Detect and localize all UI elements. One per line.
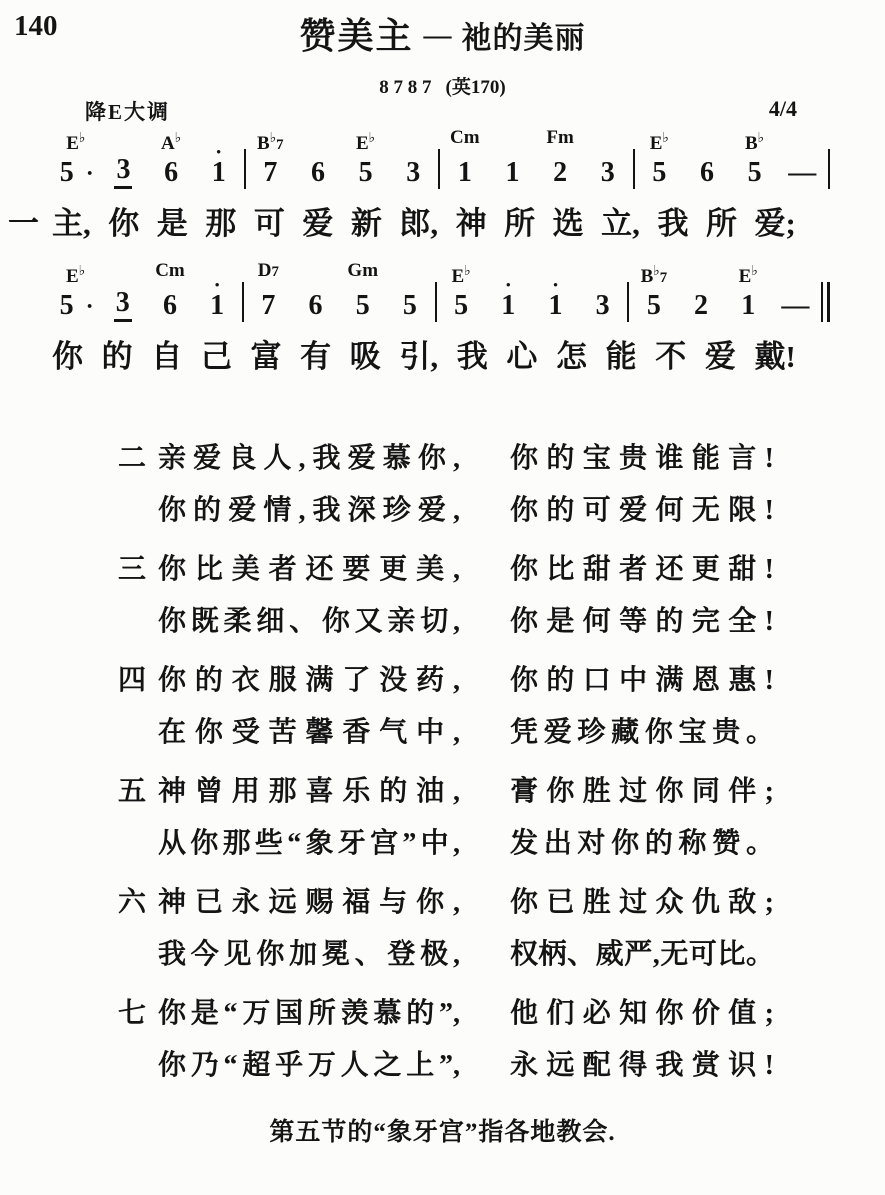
title-main: 赞美主 — [299, 16, 413, 56]
verse-line: 你比美者还要更美, — [158, 544, 460, 596]
verse-number: 二 — [118, 433, 150, 537]
verse-line: 在你受苦馨香气中, — [158, 707, 460, 759]
verse-line: 你比甜者还更甜! — [510, 544, 774, 596]
lyric-syllable: 所 — [504, 198, 535, 243]
verse-line: 我今见你加冕、登极, — [158, 929, 460, 981]
note-digit: 3 — [114, 153, 132, 189]
lyric-syllable: 主, — [52, 198, 91, 243]
hymn-title: 赞美主—祂的美丽 — [0, 8, 885, 59]
lyric-syllable: 立, — [601, 198, 640, 243]
measure: Cm11Fm23 — [441, 126, 632, 189]
music-systems: E♭5·3A♭6•1B♭776E♭53Cm11Fm23E♭56B♭5—一主,你是… — [52, 126, 830, 376]
note-cell: E♭5· — [52, 126, 100, 189]
flat-sign: ♭ — [751, 263, 757, 278]
staff-row: E♭5·3Cm6•1D776Gm55E♭5•1•13B♭752E♭1— — [52, 259, 830, 322]
lyric-syllable: 爱; — [754, 198, 795, 243]
lyric-syllable: 那 — [205, 198, 236, 243]
note-digit: 5 — [357, 153, 375, 189]
verse-line: 权柄、威严,无可比。 — [510, 929, 774, 981]
note-digit: 5· — [58, 153, 94, 189]
lyric-syllable: 爱 — [705, 331, 736, 376]
lyric-syllable: 有 — [300, 331, 331, 376]
lyric-syllable: 我 — [457, 331, 488, 376]
note-digit: 3 — [404, 153, 422, 189]
verse-line: 神已永远赐福与你, — [158, 877, 460, 929]
note-digit: 5 — [452, 286, 470, 322]
chord-label: Cm — [450, 126, 480, 153]
note-cell: — — [772, 259, 819, 322]
verse-right-column: 你比甜者还更甜!你是何等的完全! — [510, 544, 774, 648]
measure: D776Gm55 — [245, 259, 434, 322]
verse-right-column: 他们必知你价值;永远配得我赏识! — [510, 988, 774, 1092]
lyric-syllable: 富 — [251, 331, 282, 376]
verse-number: 一 — [8, 198, 39, 243]
note-digit: 6 — [698, 153, 716, 189]
barline — [438, 149, 440, 189]
note-cell: E♭5· — [52, 259, 99, 322]
note-digit: •1 — [546, 286, 564, 322]
verse-block: 五神曾用那喜乐的油,从你那些“象牙宫”中,膏你胜过你同伴;发出对你的称赞。 — [118, 766, 774, 870]
footnote: 第五节的“象牙宫”指各地教会. — [0, 1112, 885, 1148]
octave-dot: • — [215, 278, 220, 291]
note-digit: 7 — [259, 286, 277, 322]
verse-left-column: 神已永远赐福与你,我今见你加冕、登极, — [158, 877, 460, 981]
note-cell: 5 — [386, 259, 433, 322]
measure: E♭56B♭5— — [636, 126, 827, 189]
note-cell: Fm2 — [536, 126, 584, 189]
octave-dot: • — [216, 145, 221, 158]
time-signature: 4/4 — [769, 96, 797, 122]
verse-block: 三你比美者还要更美,你既柔细、你又亲切,你比甜者还更甜!你是何等的完全! — [118, 544, 774, 648]
verse-line: 你既柔细、你又亲切, — [158, 596, 460, 648]
note-digit: 1 — [456, 153, 474, 189]
lyric-syllable: 爱 — [302, 198, 333, 243]
verse-number: 五 — [118, 766, 150, 870]
note-cell: B♭77 — [247, 126, 295, 189]
verse-line: 你的可爱何无限! — [510, 485, 774, 537]
chord-label: E♭ — [66, 126, 85, 153]
note-cell: E♭5 — [438, 259, 485, 322]
barline — [627, 282, 629, 322]
verse-line: 神曾用那喜乐的油, — [158, 766, 460, 818]
verse-left-column: 你的衣服满了没药,在你受苦馨香气中, — [158, 655, 460, 759]
note-cell: B♭75 — [630, 259, 677, 322]
chord-label: D7 — [258, 259, 279, 286]
note-digit: 5 — [650, 153, 668, 189]
staff-row: E♭5·3A♭6•1B♭776E♭53Cm11Fm23E♭56B♭5— — [52, 126, 830, 189]
meter-row: 8 7 8 7(英170) — [0, 72, 885, 99]
lyric-syllable: 你 — [52, 331, 83, 376]
note-cell: 1 — [489, 126, 537, 189]
note-cell: Cm1 — [441, 126, 489, 189]
verse-number: 三 — [118, 544, 150, 648]
note-cell: •1 — [532, 259, 579, 322]
lyric-syllable: 吸 — [350, 331, 381, 376]
note-cell: 3 — [389, 126, 437, 189]
lyric-syllable: 心 — [506, 331, 537, 376]
note-cell: 6 — [683, 126, 731, 189]
note-digit: •1 — [210, 153, 228, 189]
chord-label: Fm — [546, 126, 573, 153]
chord-label: B♭7 — [641, 259, 668, 286]
note-digit: 1 — [739, 286, 757, 322]
lyric-syllable: 戴! — [755, 331, 796, 376]
note-cell: •1 — [485, 259, 532, 322]
chord-label: E♭ — [739, 259, 758, 286]
verse-line: 你乃“超乎万人之上”, — [158, 1040, 460, 1092]
barline — [435, 282, 437, 322]
lyric-syllable: 怎 — [556, 331, 587, 376]
note-digit: 2 — [692, 286, 710, 322]
verse-left-column: 神曾用那喜乐的油,从你那些“象牙宫”中, — [158, 766, 460, 870]
chord-label: E♭ — [66, 259, 85, 286]
lyric-row: 你的自己富有吸引,我心怎能不爱戴! — [52, 331, 796, 376]
title-subtitle: 祂的美丽 — [462, 22, 586, 55]
verse-line: 你的爱情,我深珍爱, — [158, 485, 460, 537]
title-dash: — — [424, 20, 452, 51]
verse-line: 凭爱珍藏你宝贵。 — [510, 707, 774, 759]
verse-line: 他们必知你价值; — [510, 988, 774, 1040]
verse-line: 膏你胜过你同伴; — [510, 766, 774, 818]
note-digit: 3 — [594, 286, 612, 322]
flat-sign: ♭ — [79, 130, 85, 145]
note-cell: 3 — [100, 126, 148, 189]
note-cell: 6 — [294, 126, 342, 189]
chord-label: Cm — [155, 259, 185, 286]
verse-line: 亲爱良人,我爱慕你, — [158, 433, 460, 485]
note-cell: D77 — [245, 259, 292, 322]
note-cell: A♭6 — [147, 126, 195, 189]
verse-left-column: 你是“万国所羡慕的”,你乃“超乎万人之上”, — [158, 988, 460, 1092]
verse-left-column: 亲爱良人,我爱慕你,你的爱情,我深珍爱, — [158, 433, 460, 537]
lyric-syllable: 所 — [706, 198, 737, 243]
duration-dot: · — [86, 159, 94, 189]
verse-number: 七 — [118, 988, 150, 1092]
chord-label: E♭ — [356, 126, 375, 153]
note-dash: — — [786, 153, 818, 189]
verse-number: 六 — [118, 877, 150, 981]
lyric-syllable: 不 — [655, 331, 686, 376]
lyric-syllable: 选 — [553, 198, 584, 243]
verse-line: 发出对你的称赞。 — [510, 818, 774, 870]
duration-dot: · — [86, 292, 94, 322]
flat-sign: ♭ — [79, 263, 85, 278]
verse-block: 七你是“万国所羡慕的”,你乃“超乎万人之上”,他们必知你价值;永远配得我赏识! — [118, 988, 774, 1092]
flat-sign: ♭ — [369, 130, 375, 145]
verse-right-column: 你的口中满恩惠!凭爱珍藏你宝贵。 — [510, 655, 774, 759]
chord-label: B♭ — [745, 126, 764, 153]
lyric-syllable: 可 — [254, 198, 285, 243]
lyric-row: 一主,你是那可爱新郎,神所选立,我所爱; — [52, 198, 796, 243]
note-cell: E♭5 — [342, 126, 390, 189]
verse-line: 你的衣服满了没药, — [158, 655, 460, 707]
chord-label: E♭ — [452, 259, 471, 286]
note-digit: 3 — [599, 153, 617, 189]
verse-block: 二亲爱良人,我爱慕你,你的爱情,我深珍爱,你的宝贵谁能言!你的可爱何无限! — [118, 433, 774, 537]
chord-label: E♭ — [650, 126, 669, 153]
lyric-syllable: 的 — [102, 331, 133, 376]
note-cell: E♭5 — [636, 126, 684, 189]
note-cell: Gm5 — [339, 259, 386, 322]
verse-line: 你的口中满恩惠! — [510, 655, 774, 707]
chord-label: A♭ — [161, 126, 181, 153]
note-cell: 3 — [99, 259, 146, 322]
note-digit: 2 — [551, 153, 569, 189]
lyric-syllable: 神 — [456, 198, 487, 243]
note-cell: •1 — [195, 126, 243, 189]
note-cell: 6 — [292, 259, 339, 322]
note-digit: 5 — [401, 286, 419, 322]
measure: E♭5·3Cm6•1 — [52, 259, 241, 322]
verse-block: 六神已永远赐福与你,我今见你加冕、登极,你已胜过众仇敌;权柄、威严,无可比。 — [118, 877, 774, 981]
lyric-syllable: 我 — [657, 198, 688, 243]
flat-sign: ♭ — [758, 130, 764, 145]
music-system: E♭5·3Cm6•1D776Gm55E♭5•1•13B♭752E♭1—你的自己富… — [52, 259, 830, 376]
note-cell: B♭5 — [731, 126, 779, 189]
note-digit: 5· — [58, 286, 94, 322]
note-digit: 6 — [161, 286, 179, 322]
lyric-syllable: 郎, — [399, 198, 438, 243]
barline — [633, 149, 635, 189]
note-cell: 3 — [579, 259, 626, 322]
note-digit: 6 — [162, 153, 180, 189]
note-cell: 2 — [677, 259, 724, 322]
chord-label: Gm — [347, 259, 378, 286]
meter: 8 7 8 7 — [379, 77, 431, 98]
note-digit: •1 — [208, 286, 226, 322]
note-digit: •1 — [499, 286, 517, 322]
hymn-page: 140 赞美主—祂的美丽 8 7 8 7(英170) 降E大调 4/4 E♭5·… — [0, 0, 885, 1195]
verse-right-column: 膏你胜过你同伴;发出对你的称赞。 — [510, 766, 774, 870]
lyric-syllable: 引, — [399, 331, 438, 376]
lyric-syllable: 新 — [351, 198, 382, 243]
note-digit: 1 — [503, 153, 521, 189]
note-cell: E♭1 — [725, 259, 772, 322]
verse-number: 四 — [118, 655, 150, 759]
music-system: E♭5·3A♭6•1B♭776E♭53Cm11Fm23E♭56B♭5—一主,你是… — [52, 126, 830, 243]
verse-line: 你的宝贵谁能言! — [510, 433, 774, 485]
key-signature: 降E大调 — [85, 96, 170, 126]
verse-right-column: 你的宝贵谁能言!你的可爱何无限! — [510, 433, 774, 537]
note-cell: 3 — [584, 126, 632, 189]
verse-line: 永远配得我赏识! — [510, 1040, 774, 1092]
verse-line: 你是何等的完全! — [510, 596, 774, 648]
verse-right-column: 你已胜过众仇敌;权柄、威严,无可比。 — [510, 877, 774, 981]
note-digit: 5 — [354, 286, 372, 322]
verses-section: 二亲爱良人,我爱慕你,你的爱情,我深珍爱,你的宝贵谁能言!你的可爱何无限!三你比… — [118, 433, 774, 1099]
barline — [244, 149, 246, 189]
flat-sign: ♭ — [464, 263, 470, 278]
note-digit: 6 — [309, 153, 327, 189]
lyric-syllable: 能 — [606, 331, 637, 376]
octave-dot: • — [506, 278, 511, 291]
final-double-barline — [821, 282, 830, 322]
note-digit: 6 — [307, 286, 325, 322]
note-cell: — — [778, 126, 826, 189]
note-digit: 3 — [114, 286, 132, 322]
note-digit: 7 — [261, 153, 279, 189]
lyric-syllable: 你 — [108, 198, 139, 243]
verse-left-column: 你比美者还要更美,你既柔细、你又亲切, — [158, 544, 460, 648]
note-digit: 5 — [645, 286, 663, 322]
verse-line: 从你那些“象牙宫”中, — [158, 818, 460, 870]
measure: B♭776E♭53 — [247, 126, 438, 189]
measure: E♭5·3A♭6•1 — [52, 126, 243, 189]
measure: E♭5•1•13 — [438, 259, 627, 322]
lyric-syllable: 己 — [201, 331, 232, 376]
flat-sign: ♭ — [662, 130, 668, 145]
note-cell: Cm6 — [146, 259, 193, 322]
meter-reference: (英170) — [446, 77, 506, 98]
verse-line: 你是“万国所羡慕的”, — [158, 988, 460, 1040]
barline — [242, 282, 244, 322]
flat-sign: ♭ — [175, 130, 181, 145]
lyric-syllable: 自 — [151, 331, 182, 376]
measure: B♭752E♭1— — [630, 259, 819, 322]
octave-dot: • — [553, 278, 558, 291]
chord-label: B♭7 — [257, 126, 284, 153]
note-cell: •1 — [194, 259, 241, 322]
end-barline — [828, 149, 830, 189]
note-dash: — — [779, 286, 811, 322]
music-notation: E♭5·3A♭6•1B♭776E♭53Cm11Fm23E♭56B♭5—一主,你是… — [52, 126, 830, 392]
lyric-syllable: 是 — [157, 198, 188, 243]
verse-block: 四你的衣服满了没药,在你受苦馨香气中,你的口中满恩惠!凭爱珍藏你宝贵。 — [118, 655, 774, 759]
note-digit: 5 — [746, 153, 764, 189]
verse-line: 你已胜过众仇敌; — [510, 877, 774, 929]
